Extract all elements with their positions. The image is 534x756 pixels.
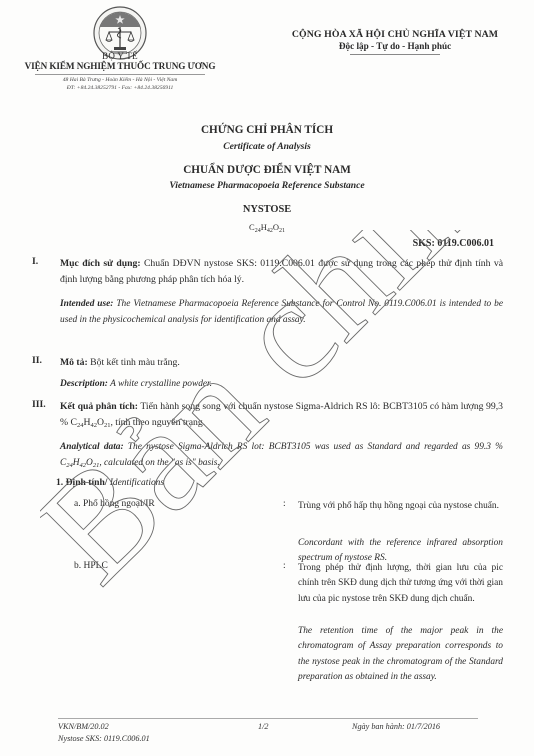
institute-address: 48 Hai Bà Trưng - Hoàn Kiếm - Hà Nội - V… <box>0 77 240 85</box>
test-result-hplc-vi: Trong phép thử định lượng, thời gian lưu… <box>298 561 503 607</box>
institute-header: BỘ Y TẾ VIỆN KIỂM NGHIỆM THUỐC TRUNG ƯƠN… <box>0 50 240 92</box>
test-result-ir-vi: Trùng với phổ hấp thụ hồng ngoại của nys… <box>298 499 503 514</box>
test-name-ir: a. Phổ hồng ngoại/IR <box>74 499 155 509</box>
section-results-vi: Kết quả phân tích: Tiến hành song song v… <box>60 399 503 430</box>
section-intended-use-vi: Mục đích sử dụng: Chuẩn DĐVN nystose SKS… <box>60 256 503 287</box>
substance-name: NYSTOSE <box>0 204 534 215</box>
header-divider <box>35 74 205 75</box>
footer-form-code: VKN/BM/20.02 <box>58 721 109 733</box>
institute-name: VIỆN KIỂM NGHIỆM THUỐC TRUNG ƯƠNG <box>0 61 240 72</box>
section-number: II. <box>32 355 42 366</box>
national-header: CỘNG HÒA XÃ HỘI CHỦ NGHĨA VIỆT NAM Độc l… <box>270 29 520 55</box>
certificate-title-en: Certificate of Analysis <box>0 141 534 152</box>
national-motto: Độc lập - Tự do - Hạnh phúc <box>270 41 520 52</box>
reference-title: CHUẨN DƯỢC ĐIỂN VIỆT NAM <box>0 164 534 176</box>
molecular-formula: C24H42O21 <box>0 222 534 232</box>
section-intended-use-en: Intended use: The Vietnamese Pharmacopoe… <box>60 296 503 328</box>
test-name-hplc: b. HPLC <box>74 561 108 571</box>
identification-heading: 1. Định tính/ Identifications <box>56 477 164 488</box>
institute-contact: ĐT: +84.24.38252791 - Fax: +84.24.382569… <box>0 85 240 93</box>
certificate-title: CHỨNG CHỈ PHÂN TÍCH <box>0 124 534 136</box>
footer-doc-ref: Nystose SKS: 0119.C006.01 <box>58 733 150 745</box>
footer-divider <box>58 718 478 719</box>
sks-control-number: SKS: 0119.C006.01 <box>413 238 494 249</box>
section-description-vi: Mô tả: Bột kết tinh màu trắng. <box>60 355 503 371</box>
ministry-name: BỘ Y TẾ <box>0 51 240 61</box>
section-number: I. <box>32 256 38 267</box>
section-number: III. <box>32 399 46 410</box>
section-results-en: Analytical data: The nystose Sigma-Aldri… <box>60 440 503 471</box>
motto-divider <box>350 54 440 55</box>
colon-separator: : <box>283 561 286 571</box>
issue-date: Ngày ban hành: 01/7/2016 <box>352 721 440 733</box>
nation-name: CỘNG HÒA XÃ HỘI CHỦ NGHĨA VIỆT NAM <box>270 29 520 41</box>
section-description-en: Description: A white crystalline powder. <box>60 377 503 393</box>
colon-separator: : <box>283 499 286 509</box>
reference-title-en: Vietnamese Pharmacopoeia Reference Subst… <box>0 180 534 191</box>
page-number: 1/2 <box>258 721 268 733</box>
test-result-hplc-en: The retention time of the major peak in … <box>298 624 503 686</box>
